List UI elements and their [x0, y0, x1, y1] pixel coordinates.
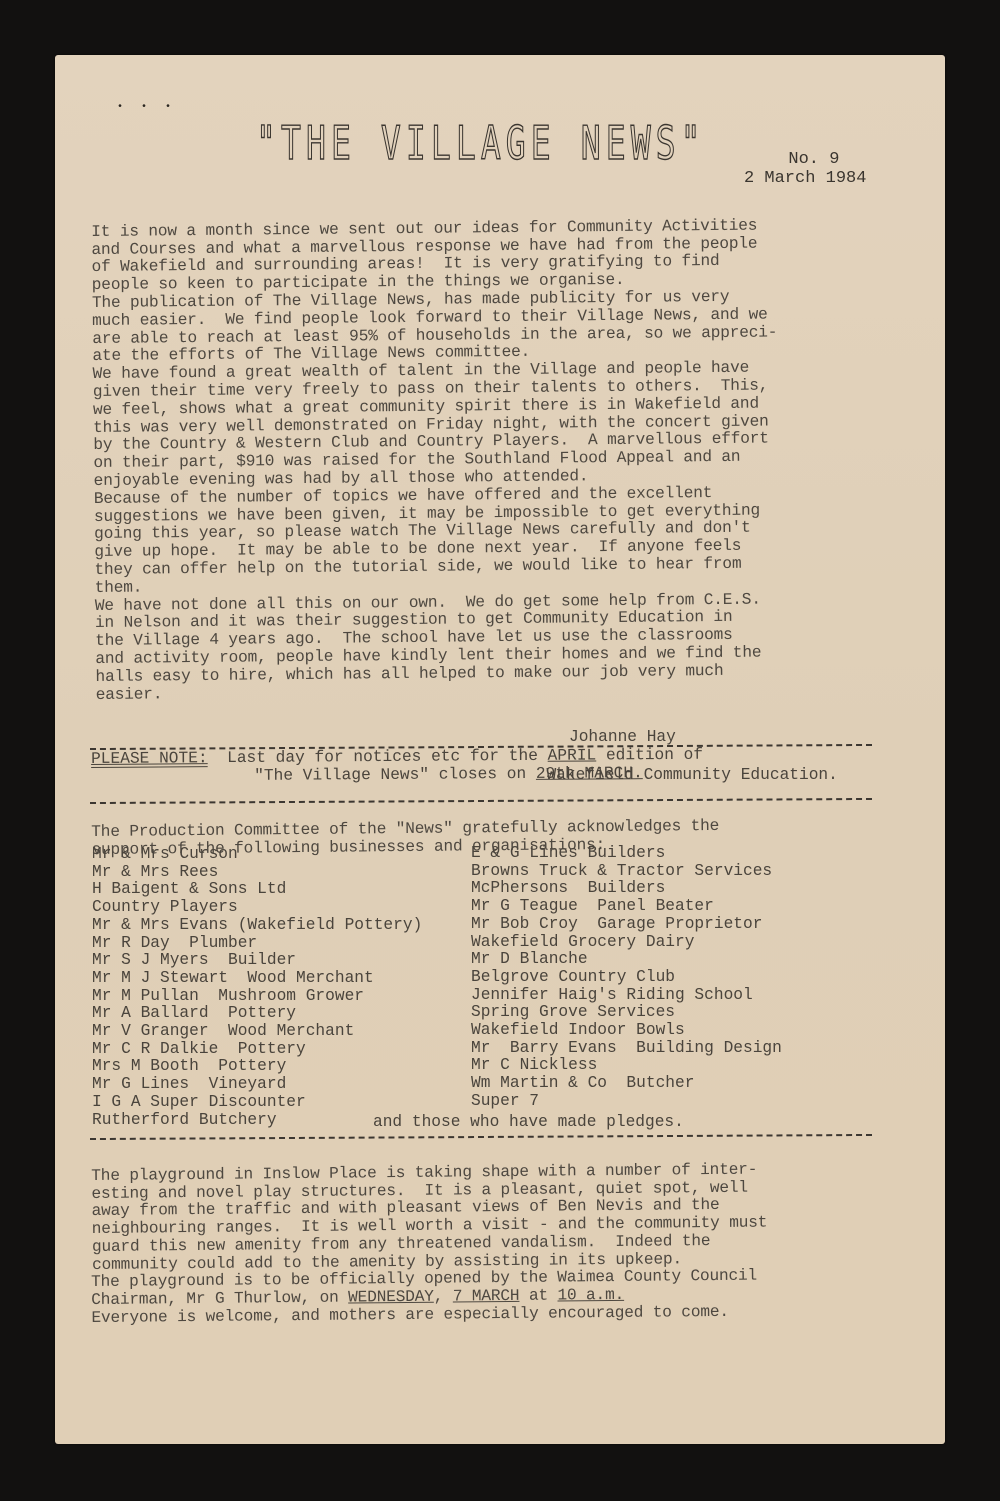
sponsor-item: Mr S J Myers Builder [92, 952, 422, 970]
sponsor-item: Mr & Mrs Curson [92, 846, 422, 864]
notice-text: edition of [596, 746, 703, 765]
sponsors-left-column: Mr & Mrs Curson Mr & Mrs Rees H Baigent … [92, 846, 422, 1129]
notice-deadline: 29th MARCH. [536, 764, 643, 783]
sponsor-item: Mr R Day Plumber [92, 935, 422, 953]
opening-time: 10 a.m. [557, 1286, 624, 1305]
sponsor-item: Mr V Granger Wood Merchant [92, 1023, 422, 1041]
opening-text: Chairman, Mr G Thurlow, on [91, 1288, 348, 1308]
sponsor-item: Mr & Mrs Evans (Wakefield Pottery) [92, 917, 422, 935]
notice-text: "The Village News" closes on [254, 765, 536, 785]
issue-number: No. 9 [744, 150, 866, 169]
sponsor-item: Mrs M Booth Pottery [92, 1058, 422, 1076]
opening-date: 7 MARCH [453, 1287, 520, 1306]
notice-month: APRIL [548, 746, 597, 764]
opening-text: , [434, 1287, 453, 1305]
sponsor-item: Mr & Mrs Rees [92, 864, 422, 882]
sponsor-item: Mr A Ballard Pottery [92, 1005, 422, 1023]
sponsor-item: Jennifer Haig's Riding School [471, 987, 782, 1005]
sponsor-item: Spring Grove Services [471, 1004, 782, 1022]
sponsor-item: Mr C R Dalkie Pottery [92, 1041, 422, 1059]
notice-text: Last day for notices etc for the [227, 747, 548, 767]
playground-article: The playground in Inslow Place is taking… [91, 1144, 768, 1275]
article-line: easier. [96, 685, 163, 704]
issue-date: 2 March 1984 [744, 169, 866, 188]
sponsor-item: Wakefield Indoor Bowls [471, 1022, 782, 1040]
main-article: It is now a month since we sent out our … [91, 199, 781, 704]
sponsor-item: Mr D Blanche [471, 951, 782, 969]
sponsor-item: Super 7 [471, 1093, 782, 1111]
sponsors-right-column: E & G Lines Builders Browns Truck & Trac… [471, 845, 782, 1111]
opening-day: WEDNESDAY [348, 1288, 434, 1307]
sponsor-item: Belgrove Country Club [471, 969, 782, 987]
sponsor-item: Mr C Nickless [471, 1057, 782, 1075]
pledges-closing: and those who have made pledges. [373, 1113, 684, 1131]
issue-info: No. 9 2 March 1984 [744, 150, 866, 188]
sponsor-item: Mr Barry Evans Building Design [471, 1040, 782, 1058]
sponsor-item: I G A Super Discounter [92, 1094, 422, 1112]
playground-opening: The playground is to be officially opene… [91, 1268, 757, 1328]
sponsor-item: E & G Lines Builders [471, 845, 782, 863]
sponsor-item: Browns Truck & Tractor Services [471, 863, 782, 881]
sponsor-item: Mr G Teague Panel Beater [471, 898, 782, 916]
sponsor-item: Mr M Pullan Mushroom Grower [92, 988, 422, 1006]
sponsor-item: Country Players [92, 899, 422, 917]
sponsor-item: McPhersons Builders [471, 880, 782, 898]
punch-marks: • • • [117, 102, 177, 113]
sponsor-item: Mr G Lines Vineyard [92, 1076, 422, 1094]
please-note-notice: PLEASE NOTE: Last day for notices etc fo… [91, 746, 703, 786]
masthead-title: "THE VILLAGE NEWS" [256, 116, 706, 170]
sponsor-item: H Baigent & Sons Ltd [92, 881, 422, 899]
sponsor-item: Mr M J Stewart Wood Merchant [92, 970, 422, 988]
sponsor-item: Wm Martin & Co Butcher [471, 1075, 782, 1093]
sponsor-item: Wakefield Grocery Dairy [471, 934, 782, 952]
opening-text: at [519, 1286, 557, 1304]
notice-label: PLEASE NOTE: [91, 749, 208, 768]
article-line: them. [95, 578, 143, 596]
sponsor-item: Mr Bob Croy Garage Proprietor [471, 916, 782, 934]
